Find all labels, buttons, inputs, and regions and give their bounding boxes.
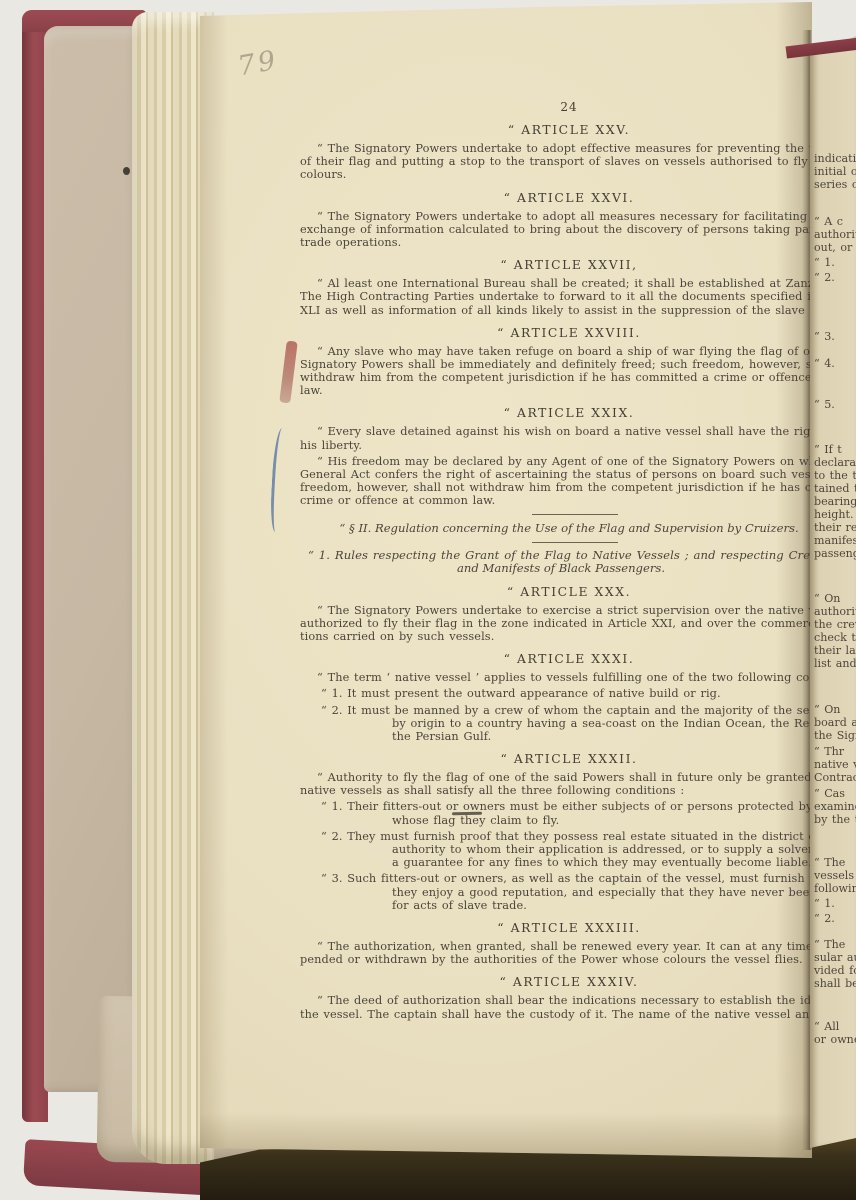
text-line: exchange of information calculated to br… [300,223,812,236]
book-page: 24“ ARTICLE XXV.“ The Signatory Powers u… [200,2,812,1158]
fragment-line: or owner [814,1033,856,1046]
fragment-line: out, or at [814,241,856,254]
endpaper [44,26,142,1092]
text-line: tions carried on by such vessels. [300,630,812,643]
fragment-line: “ Cas [814,787,856,800]
fragment-line: “ The [814,856,856,869]
text-line: crime or offence at common law. [300,494,812,507]
fragment-line: vessels or [814,869,856,882]
article-heading: “ ARTICLE XXXIII. [300,921,812,935]
fragment-line: authority [814,605,856,618]
text-line: whose flag they claim to fly. [300,814,812,827]
fragment-line: list and t [814,657,856,670]
text-line: by origin to a country having a sea-coas… [300,717,812,730]
text-line: “ Authority to fly the flag of one of th… [300,771,812,784]
article-heading: “ ARTICLE XXVI. [300,191,812,205]
text-line: for acts of slave trade. [300,899,812,912]
article-heading: “ ARTICLE XXV. [300,123,812,137]
article-heading: “ ARTICLE XXIX. [300,406,812,420]
text-line: “ Every slave detained against his wish … [300,425,812,438]
text-line: XLI as well as information of all kinds … [300,304,812,317]
subsection-heading: “ 1. Rules respecting the Grant of the F… [300,549,812,563]
text-line: “ The deed of authorization shall bear t… [300,994,812,1007]
fragment-line: sular auth [814,951,856,964]
text-line: native vessels as shall satisfy all the … [300,784,812,797]
text-line: trade operations. [300,236,812,249]
text-line: the vessel. The captain shall have the c… [300,1008,812,1021]
subsection-heading: and Manifests of Black Passengers. [300,562,812,576]
text-line: of their flag and putting a stop to the … [300,155,812,168]
text-line: pended or withdrawn by the authorities o… [300,953,812,966]
fragment-line: “ 2. [814,271,856,284]
text-line: authority to whom their application is a… [300,843,812,856]
text-line: The High Contracting Parties undertake t… [300,290,812,303]
fragment-line: series of [814,178,856,191]
text-line: “ 1. Their fitters-out or owners must be… [300,800,812,813]
pencil-underline-mark [452,812,482,816]
fragment-line: “ 2. [814,912,856,925]
text-line: “ 2. It must be manned by a crew of whom… [300,704,812,717]
ink-dot [123,167,130,175]
fragment-line: bearing t [814,495,856,508]
fragment-line: “ If t [814,443,856,456]
fragment-line: “ 1. [814,897,856,910]
text-line: “ The Signatory Powers undertake to adop… [300,210,812,223]
fragment-line: Contracti [814,771,856,784]
article-heading: “ ARTICLE XXX. [300,585,812,599]
text-line: they enjoy a good reputation, and especi… [300,886,812,899]
fragment-line: “ On [814,703,856,716]
fragment-line: vided for [814,964,856,977]
fragment-line: authoritie [814,228,856,241]
text-line: withdraw him from the competent jurisdic… [300,371,812,384]
article-heading: “ ARTICLE XXVIII. [300,326,812,340]
fragment-line: “ A c [814,215,856,228]
fragment-line: height. [814,508,856,521]
text-line: “ The authorization, when granted, shall… [300,940,812,953]
fragment-line: passenge [814,547,856,560]
text-line: “ Al least one International Bureau shal… [300,277,812,290]
text-line: “ The term ‘ native vessel ’ applies to … [300,671,812,684]
fragment-line: “ 4. [814,357,856,370]
text-line: law. [300,384,812,397]
text-line: “ 2. They must furnish proof that they p… [300,830,812,843]
fragment-line: their relat [814,521,856,534]
text-line: “ The Signatory Powers undertake to exer… [300,604,812,617]
fragment-line: “ The [814,938,856,951]
fragment-line: tained tha [814,482,856,495]
article-heading: “ ARTICLE XXXIV. [300,975,812,989]
text-line: colours. [300,168,812,181]
text-line: Signatory Powers shall be immediately an… [300,358,812,371]
fragment-line: their land [814,644,856,657]
fragment-line: initial or [814,165,856,178]
text-line: authorized to fly their flag in the zone… [300,617,812,630]
fragment-line: native ve [814,758,856,771]
fragment-line: check the [814,631,856,644]
text-line: “ His freedom may be declared by any Age… [300,455,812,468]
text-line: “ 1. It must present the outward appeara… [300,687,812,700]
fragment-line: by the ter [814,813,856,826]
fragment-line: declaratio [814,456,856,469]
fragment-line: “ All [814,1020,856,1033]
fragment-line: examined [814,800,856,813]
fragment-line: to the ter [814,469,856,482]
page-number: 24 [300,100,812,114]
article-heading: “ ARTICLE XXXI. [300,652,812,666]
fragment-line: “ Thr [814,745,856,758]
text-line: “ 3. Such fitters-out or owners, as well… [300,872,812,885]
fragment-line: manifest [814,534,856,547]
fragment-line: “ On [814,592,856,605]
text-line: General Act confers the right of ascerta… [300,468,812,481]
fragment-line: shall be c [814,977,856,990]
fragment-line: “ 1. [814,256,856,269]
fragment-line: the Signa [814,729,856,742]
section-heading: “ § II. Regulation concerning the Use of… [300,521,812,536]
text-line: “ Any slave who may have taken refuge on… [300,345,812,358]
fragment-line: the crew [814,618,856,631]
text-line: his liberty. [300,439,812,452]
fragment-line: “ 5. [814,398,856,411]
separator-rule [532,514,618,515]
page-text-column: 24“ ARTICLE XXV.“ The Signatory Powers u… [300,2,812,1021]
text-line: “ The Signatory Powers undertake to adop… [300,142,812,155]
article-heading: “ ARTICLE XXVII, [300,258,812,272]
text-line: a guarantee for any fines to which they … [300,856,812,869]
separator-rule [532,542,618,543]
text-line: freedom, however, shall not withdraw him… [300,481,812,494]
fragment-line: “ 3. [814,330,856,343]
article-heading: “ ARTICLE XXXII. [300,752,812,766]
fragment-line: board a n [814,716,856,729]
fragment-line: indication [814,152,856,165]
fragment-line: following [814,882,856,895]
text-line: the Persian Gulf. [300,730,812,743]
book-scan-photo: 24“ ARTICLE XXV.“ The Signatory Powers u… [0,0,856,1200]
page-gutter-shading [200,2,228,1158]
